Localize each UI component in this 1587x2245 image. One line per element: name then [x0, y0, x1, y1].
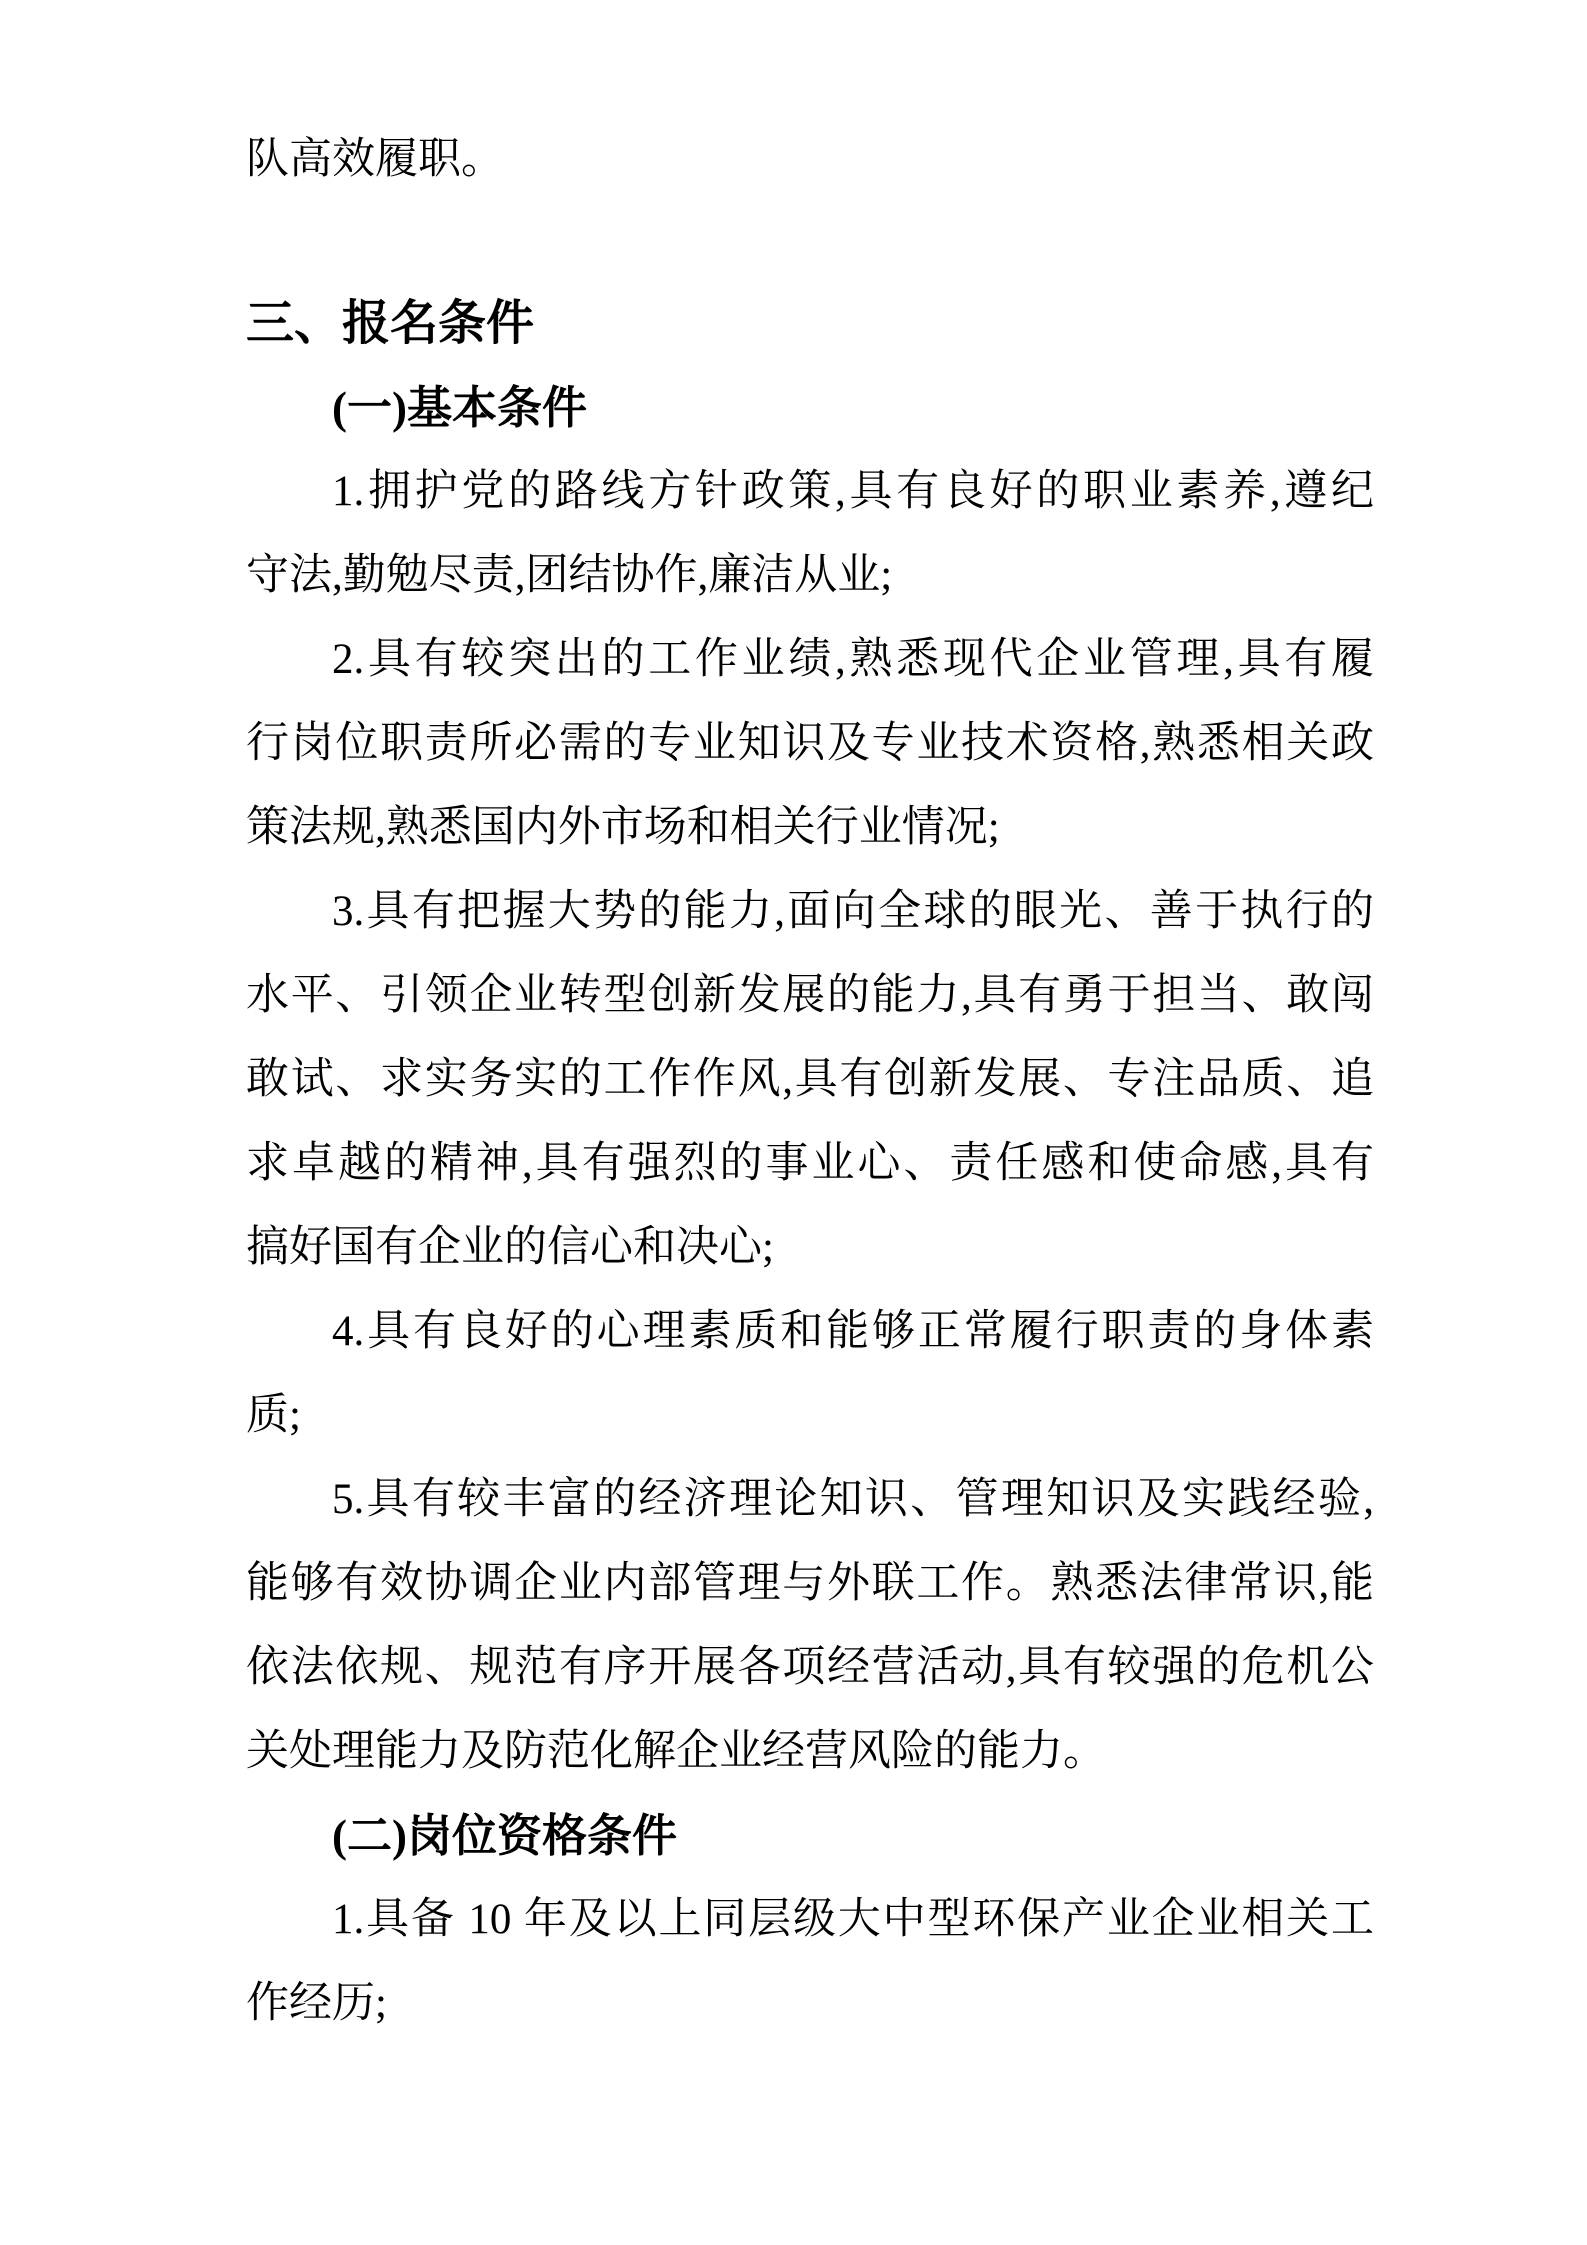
list-item-line: 策法规,熟悉国内外市场和相关行业情况; — [246, 786, 1374, 870]
list-item-line: 1.具备 10 年及以上同层级大中型环保产业企业相关工 — [246, 1878, 1374, 1962]
document-page: 队高效履职。 三、报名条件 (一)基本条件 1.拥护党的路线方针政策,具有良好的… — [0, 0, 1587, 2245]
document-body: 队高效履职。 三、报名条件 (一)基本条件 1.拥护党的路线方针政策,具有良好的… — [246, 118, 1374, 2046]
list-item-line: 搞好国有企业的信心和决心; — [246, 1206, 1374, 1290]
list-item-line: 关处理能力及防范化解企业经营风险的能力。 — [246, 1710, 1374, 1794]
list-item-line: 敢试、求实务实的工作作风,具有创新发展、专注品质、追 — [246, 1038, 1374, 1122]
list-item-line: 依法依规、规范有序开展各项经营活动,具有较强的危机公 — [246, 1626, 1374, 1710]
section-heading: 三、报名条件 — [246, 282, 1374, 366]
list-item-line: 守法,勤勉尽责,团结协作,廉洁从业; — [246, 534, 1374, 618]
list-item-line: 水平、引领企业转型创新发展的能力,具有勇于担当、敢闯 — [246, 954, 1374, 1038]
list-item-line: 能够有效协调企业内部管理与外联工作。熟悉法律常识,能 — [246, 1542, 1374, 1626]
subsection-heading: (一)基本条件 — [246, 366, 1374, 450]
list-item-line: 2.具有较突出的工作业绩,熟悉现代企业管理,具有履 — [246, 618, 1374, 702]
paragraph-line: 队高效履职。 — [246, 118, 1374, 202]
list-item-line: 质; — [246, 1374, 1374, 1458]
list-item-line: 4.具有良好的心理素质和能够正常履行职责的身体素 — [246, 1290, 1374, 1374]
list-item-line: 求卓越的精神,具有强烈的事业心、责任感和使命感,具有 — [246, 1122, 1374, 1206]
list-item-line: 3.具有把握大势的能力,面向全球的眼光、善于执行的 — [246, 870, 1374, 954]
subsection-heading: (二)岗位资格条件 — [246, 1794, 1374, 1878]
list-item-line: 行岗位职责所必需的专业知识及专业技术资格,熟悉相关政 — [246, 702, 1374, 786]
list-item-line: 1.拥护党的路线方针政策,具有良好的职业素养,遵纪 — [246, 450, 1374, 534]
list-item-line: 作经历; — [246, 1962, 1374, 2046]
list-item-line: 5.具有较丰富的经济理论知识、管理知识及实践经验, — [246, 1458, 1374, 1542]
